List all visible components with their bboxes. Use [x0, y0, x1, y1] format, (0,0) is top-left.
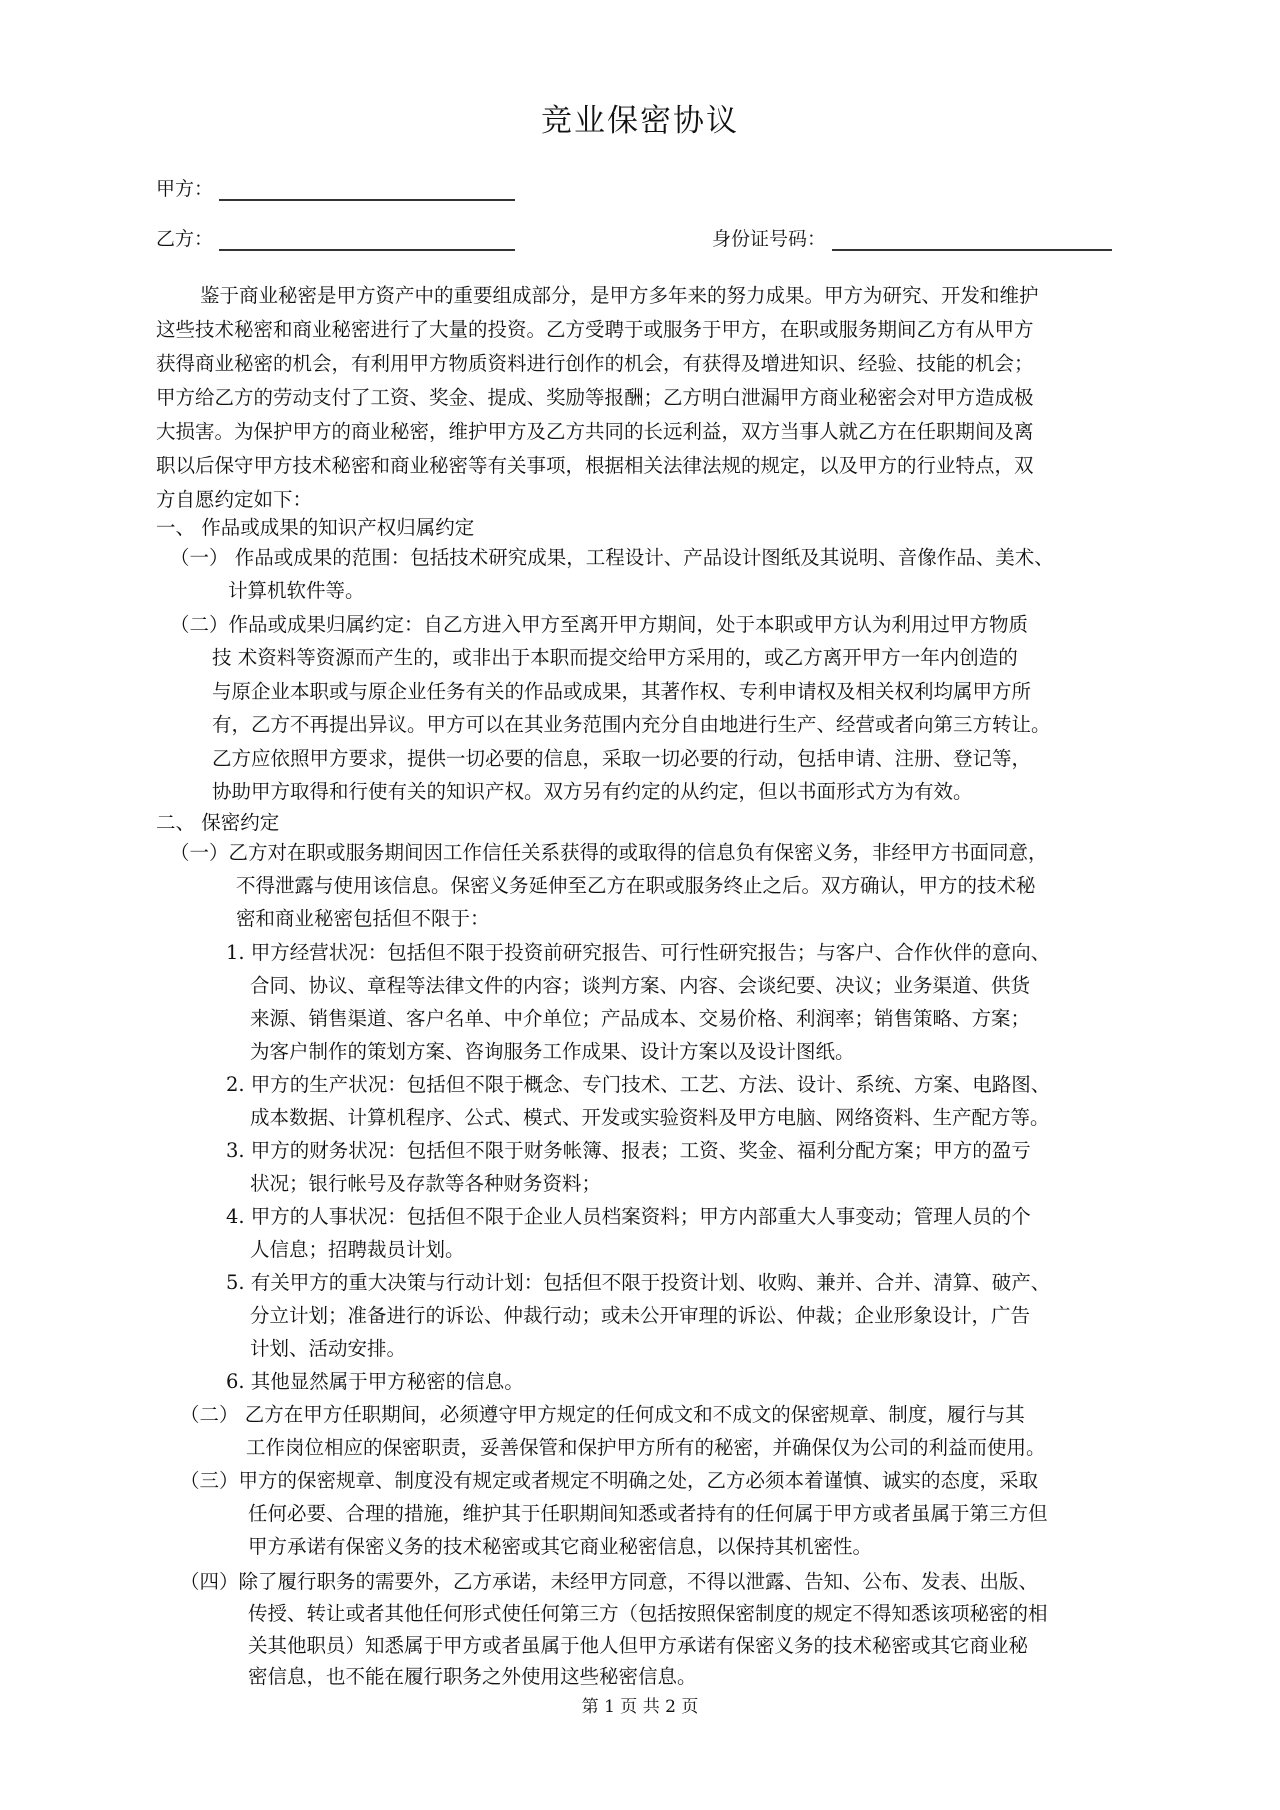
party-b-label: 乙方：: [156, 228, 213, 250]
document-page: 竞业保密协议 甲方： 乙方： 身份证号码： 鉴于商业秘密是甲方资产中的重要组成部…: [0, 0, 1280, 1810]
secret-list-item: 5. 有关甲方的重大决策与行动计划：包括但不限于投资计划、收购、兼并、合并、清算…: [226, 1270, 1050, 1296]
section1-item2-line: 乙方应依照甲方要求，提供一切必要的信息，采取一切必要的行动，包括申请、注册、登记…: [212, 746, 1031, 772]
section1-item2-line: 有，乙方不再提出异议。甲方可以在其业务范围内充分自由地进行生产、经营或者向第三方…: [212, 712, 1051, 738]
secret-list-item: 3. 甲方的财务状况：包括但不限于财务帐簿、报表；工资、奖金、福利分配方案；甲方…: [226, 1138, 1031, 1164]
id-number-field: 身份证号码：: [712, 224, 1112, 251]
party-a-field: 甲方：: [156, 174, 515, 201]
preamble-line: 职以后保守甲方技术秘密和商业秘密等有关事项，根据相关法律法规的规定，以及甲方的行…: [156, 453, 1034, 479]
id-number-label: 身份证号码：: [712, 228, 826, 250]
secret-list-item: 为客户制作的策划方案、咨询服务工作成果、设计方案以及设计图纸。: [250, 1039, 855, 1065]
section2-item4-line: 传授、转让或者其他任何形式使任何第三方（包括按照保密制度的规定不得知悉该项秘密的…: [248, 1601, 1048, 1627]
section2-item1-line: 不得泄露与使用该信息。保密义务延伸至乙方在职或服务终止之后。双方确认，甲方的技术…: [236, 873, 1036, 899]
id-number-blank: [832, 231, 1112, 251]
preamble-line: 大损害。为保护甲方的商业秘密，维护甲方及乙方共同的长远利益，双方当事人就乙方在任…: [156, 419, 1034, 445]
page-footer: 第 1 页 共 2 页: [0, 1692, 1280, 1717]
section1-item2-line: 技 术资料等资源而产生的，或非出于本职而提交给甲方采用的，或乙方离开甲方一年内创…: [212, 645, 1018, 671]
section1-item2-line: （二）作品或成果归属约定：自乙方进入甲方至离开甲方期间，处于本职或甲方认为利用过…: [170, 612, 1028, 638]
preamble-line: 这些技术秘密和商业秘密进行了大量的投资。乙方受聘于或服务于甲方，在职或服务期间乙…: [156, 317, 1034, 343]
section2-item3-line: 甲方承诺有保密义务的技术秘密或其它商业秘密信息，以保持其机密性。: [248, 1534, 872, 1560]
secret-list-item: 合同、协议、章程等法律文件的内容；谈判方案、内容、会谈纪要、决议；业务渠道、供货: [250, 973, 1030, 999]
party-b-blank: [219, 231, 515, 251]
section2-item2-line: （二） 乙方在甲方任职期间，必须遵守甲方规定的任何成文和不成文的保密规章、制度，…: [180, 1402, 1025, 1428]
secret-list-item: 来源、销售渠道、客户名单、中介单位；产品成本、交易价格、利润率；销售策略、方案；: [250, 1006, 1030, 1032]
secret-list-item: 状况；银行帐号及存款等各种财务资料；: [250, 1171, 601, 1197]
preamble-line: 鉴于商业秘密是甲方资产中的重要组成部分，是甲方多年来的努力成果。甲方为研究、开发…: [200, 283, 1039, 309]
section2-item2-line: 工作岗位相应的保密职责，妥善保管和保护甲方所有的秘密，并确保仅为公司的利益而使用…: [246, 1435, 1046, 1461]
preamble-line: 甲方给乙方的劳动支付了工资、奖金、提成、奖励等报酬；乙方明白泄漏甲方商业秘密会对…: [156, 385, 1034, 411]
secret-list-item: 2. 甲方的生产状况：包括但不限于概念、专门技术、工艺、方法、设计、系统、方案、…: [226, 1072, 1050, 1098]
section2-item1-line: 密和商业秘密包括但不限于：: [236, 906, 490, 932]
section1-heading: 一、 作品或成果的知识产权归属约定: [156, 515, 474, 541]
secret-list-item: 人信息；招聘裁员计划。: [250, 1237, 465, 1263]
section2-item4-line: （四）除了履行职务的需要外，乙方承诺，未经甲方同意，不得以泄露、告知、公布、发表…: [180, 1569, 1038, 1595]
secret-list-item: 成本数据、计算机程序、公式、模式、开发或实验资料及甲方电脑、网络资料、生产配方等…: [250, 1105, 1050, 1131]
preamble-line: 获得商业秘密的机会，有利用甲方物质资料进行创作的机会，有获得及增进知识、经验、技…: [156, 351, 1034, 377]
section2-item4-line: 密信息，也不能在履行职务之外使用这些秘密信息。: [248, 1664, 697, 1690]
section2-item3-line: 任何必要、合理的措施，维护其于任职期间知悉或者持有的任何属于甲方或者虽属于第三方…: [248, 1501, 1048, 1527]
secret-list-item: 1. 甲方经营状况：包括但不限于投资前研究报告、可行性研究报告；与客户、合作伙伴…: [226, 940, 1050, 966]
section1-item2-line: 与原企业本职或与原企业任务有关的作品或成果，其著作权、专利申请权及相关权利均属甲…: [212, 679, 1031, 705]
section2-heading: 二、 保密约定: [156, 810, 279, 836]
section2-item1-line: （一）乙方对在职或服务期间因工作信任关系获得的或取得的信息负有保密义务，非经甲方…: [170, 840, 1048, 866]
secret-list-item: 4. 甲方的人事状况：包括但不限于企业人员档案资料；甲方内部重大人事变动；管理人…: [226, 1204, 1031, 1230]
section1-item2-line: 协助甲方取得和行使有关的知识产权。双方另有约定的从约定，但以书面形式方为有效。: [212, 779, 973, 805]
secret-list-item: 分立计划；准备进行的诉讼、仲裁行动；或未公开审理的诉讼、仲裁；企业形象设计，广告: [250, 1303, 1030, 1329]
secret-list-item: 计划、活动安排。: [250, 1336, 406, 1362]
section2-item4-line: 关其他职员）知悉属于甲方或者虽属于他人但甲方承诺有保密义务的技术秘密或其它商业秘: [248, 1633, 1028, 1659]
section1-item1-line: 计算机软件等。: [228, 578, 365, 604]
party-a-blank: [219, 181, 515, 201]
document-title: 竞业保密协议: [0, 95, 1280, 140]
preamble-line: 方自愿约定如下：: [156, 487, 312, 513]
section2-item3-line: （三）甲方的保密规章、制度没有规定或者规定不明确之处，乙方必须本着谨慎、诚实的态…: [180, 1468, 1038, 1494]
party-b-field: 乙方：: [156, 224, 515, 251]
section1-item1-line: （一） 作品或成果的范围：包括技术研究成果，工程设计、产品设计图纸及其说明、音像…: [170, 545, 1054, 571]
secret-list-item: 6. 其他显然属于甲方秘密的信息。: [226, 1369, 524, 1395]
party-a-label: 甲方：: [156, 178, 213, 200]
